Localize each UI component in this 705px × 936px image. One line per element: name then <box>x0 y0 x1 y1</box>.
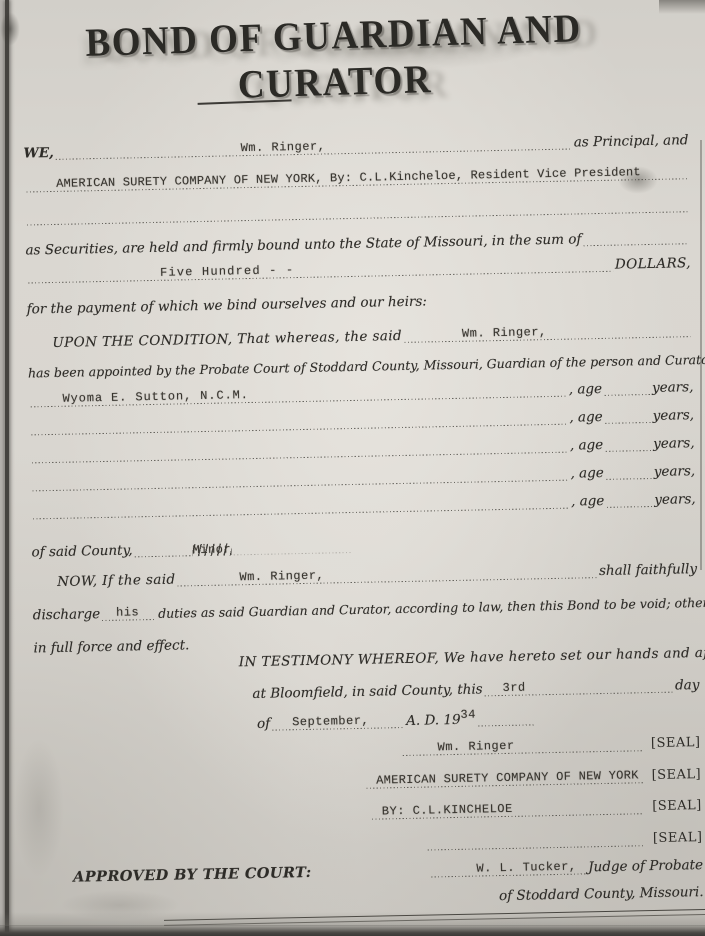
ward-line: , age years, <box>29 402 694 435</box>
signature-rule: Wm. Ringer <box>403 750 643 756</box>
signature-rule <box>428 845 645 851</box>
signature-rule: BY: C.L.KINCHELOE <box>372 813 644 820</box>
county-line: of said County, Minor <box>31 533 336 559</box>
ward-line: Wyoma E. Sutton, N.C.M. , age years, <box>28 374 693 407</box>
place-suffix: day <box>675 678 700 693</box>
now-typed: Wm. Ringer, <box>239 570 324 584</box>
sum-rule <box>583 243 688 246</box>
county-rule <box>135 555 191 557</box>
payment-line: for the payment of which we bind ourselv… <box>26 283 691 316</box>
ward-name-rule <box>33 507 569 519</box>
year-typed: 34 <box>460 709 476 721</box>
years-label: years, <box>652 380 694 395</box>
surety-typed: AMERICAN SURETY COMPANY OF NEW YORK, By:… <box>56 166 641 190</box>
blank-ruled-line <box>25 192 690 225</box>
county-struck-typed: Minor <box>193 543 232 556</box>
principal-name-typed: Wm. Ringer, <box>241 140 326 154</box>
date-line: of September, A. D. 19 34 <box>257 705 560 731</box>
condition-prefix: UPON THE CONDITION, That whereas, the sa… <box>52 329 402 350</box>
dollars-label: DOLLARS, <box>615 256 691 272</box>
date-prefix: of <box>257 717 270 731</box>
seal-line: AMERICAN SURETY COMPANY OF NEW YORK [SEA… <box>364 762 701 789</box>
years-label: years, <box>654 492 696 507</box>
judge-signature-typed: W. L. Tucker, <box>476 861 576 875</box>
age-label: , age <box>570 438 604 453</box>
condition-line: UPON THE CONDITION, That whereas, the sa… <box>52 317 692 350</box>
discharge-line: discharge his duties as said Guardian an… <box>33 589 698 622</box>
county-prefix: of said County, <box>31 543 132 559</box>
county-rule-tail <box>233 552 351 556</box>
age-rule <box>605 422 651 424</box>
age-rule <box>606 478 652 480</box>
age-rule <box>605 450 651 452</box>
principal-line: WE, Wm. Ringer, as Principal, and <box>23 127 688 160</box>
seal-line: [SEAL] <box>425 825 702 851</box>
now-rule: Wm. Ringer, <box>178 577 598 587</box>
seal-line: BY: C.L.KINCHELOE [SEAL] <box>370 793 702 820</box>
now-prefix: NOW, If the said <box>57 572 176 589</box>
age-label: , age <box>570 466 604 481</box>
year-rule <box>478 724 534 726</box>
amount-typed: Five Hundred - - <box>160 264 295 279</box>
discharge-rule: his <box>102 619 156 621</box>
years-label: years, <box>653 436 695 451</box>
surety-line: AMERICAN SURETY COMPANY OF NEW YORK, By:… <box>24 159 689 192</box>
approved-label: APPROVED BY THE COURT: <box>73 865 312 885</box>
scanned-document-page: BOND OF GUARDIAN AND CURATOR WE, Wm. Rin… <box>0 0 705 936</box>
judge-subtitle-label: of Stoddard County, Missouri. <box>499 885 704 903</box>
day-typed: 3rd <box>502 682 525 694</box>
place-line: at Bloomfield, in said County, this 3rd … <box>252 672 699 701</box>
date-mid-label: A. D. 19 <box>406 713 461 728</box>
blank-rule <box>27 211 688 225</box>
seal-label: [SEAL] <box>651 767 701 783</box>
force-text: in full force and effect. <box>33 638 189 655</box>
seal-label: [SEAL] <box>651 735 701 751</box>
age-label: , age <box>569 382 603 397</box>
ward-name-typed: Wyoma E. Sutton, N.C.M. <box>62 389 249 405</box>
ward-line: , age years, <box>31 486 696 519</box>
title-text: BOND OF GUARDIAN AND CURATOR <box>0 3 678 116</box>
signature-typed: AMERICAN SURETY COMPANY OF NEW YORK <box>376 769 639 786</box>
signature-typed: Wm. Ringer <box>437 740 514 754</box>
appointed-line: has been appointed by the Probate Court … <box>28 346 693 379</box>
discharge-prefix: discharge <box>33 607 101 623</box>
place-prefix: at Bloomfield, in said County, this <box>252 682 482 701</box>
now-suffix: shall faithfully <box>599 562 697 578</box>
seal-label: [SEAL] <box>652 798 702 814</box>
document-title: BOND OF GUARDIAN AND CURATOR <box>0 6 678 112</box>
now-line: NOW, If the said Wm. Ringer, shall faith… <box>57 556 697 589</box>
amount-rule: Five Hundred - - <box>28 271 613 284</box>
discharge-typed: his <box>116 606 139 618</box>
payment-text: for the payment of which we bind ourselv… <box>27 294 427 316</box>
place-rule: 3rd <box>485 691 673 696</box>
condition-typed: Wm. Ringer, <box>462 326 547 340</box>
principal-suffix-label: as Principal, and <box>574 133 689 149</box>
month-rule: September, <box>272 727 404 731</box>
condition-rule: Wm. Ringer, <box>404 336 690 343</box>
age-label: , age <box>569 410 603 425</box>
approval-line: APPROVED BY THE COURT: W. L. Tucker, Jud… <box>73 852 703 885</box>
years-label: years, <box>652 408 694 423</box>
seal-line: Wm. Ringer [SEAL] <box>400 730 700 756</box>
ward-line: , age years, <box>29 430 694 463</box>
bottom-scan-rule <box>164 909 705 926</box>
age-rule <box>606 506 652 508</box>
signature-rule: AMERICAN SURETY COMPANY OF NEW YORK <box>366 782 643 789</box>
judge-title-label: Judge of Probate <box>588 858 703 874</box>
years-label: years, <box>654 464 696 479</box>
seal-label: [SEAL] <box>653 830 703 846</box>
testimony-text: IN TESTIMONY WHEREOF, We have hereto set… <box>239 643 705 669</box>
month-typed: September, <box>292 715 369 729</box>
age-rule <box>604 394 650 396</box>
surety-rule: AMERICAN SURETY COMPANY OF NEW YORK, By:… <box>26 178 687 192</box>
age-label: , age <box>571 494 605 509</box>
discharge-suffix: duties as said Guardian and Curator, acc… <box>158 594 705 620</box>
bond-form: BOND OF GUARDIAN AND CURATOR WE, Wm. Rin… <box>0 0 705 936</box>
we-label: WE, <box>23 146 53 161</box>
judge-signature-rule: W. L. Tucker, <box>432 873 587 877</box>
ward-line: , age years, <box>30 458 695 491</box>
signature-typed: BY: C.L.KINCHELOE <box>382 803 513 818</box>
principal-rule: Wm. Ringer, <box>56 148 572 160</box>
